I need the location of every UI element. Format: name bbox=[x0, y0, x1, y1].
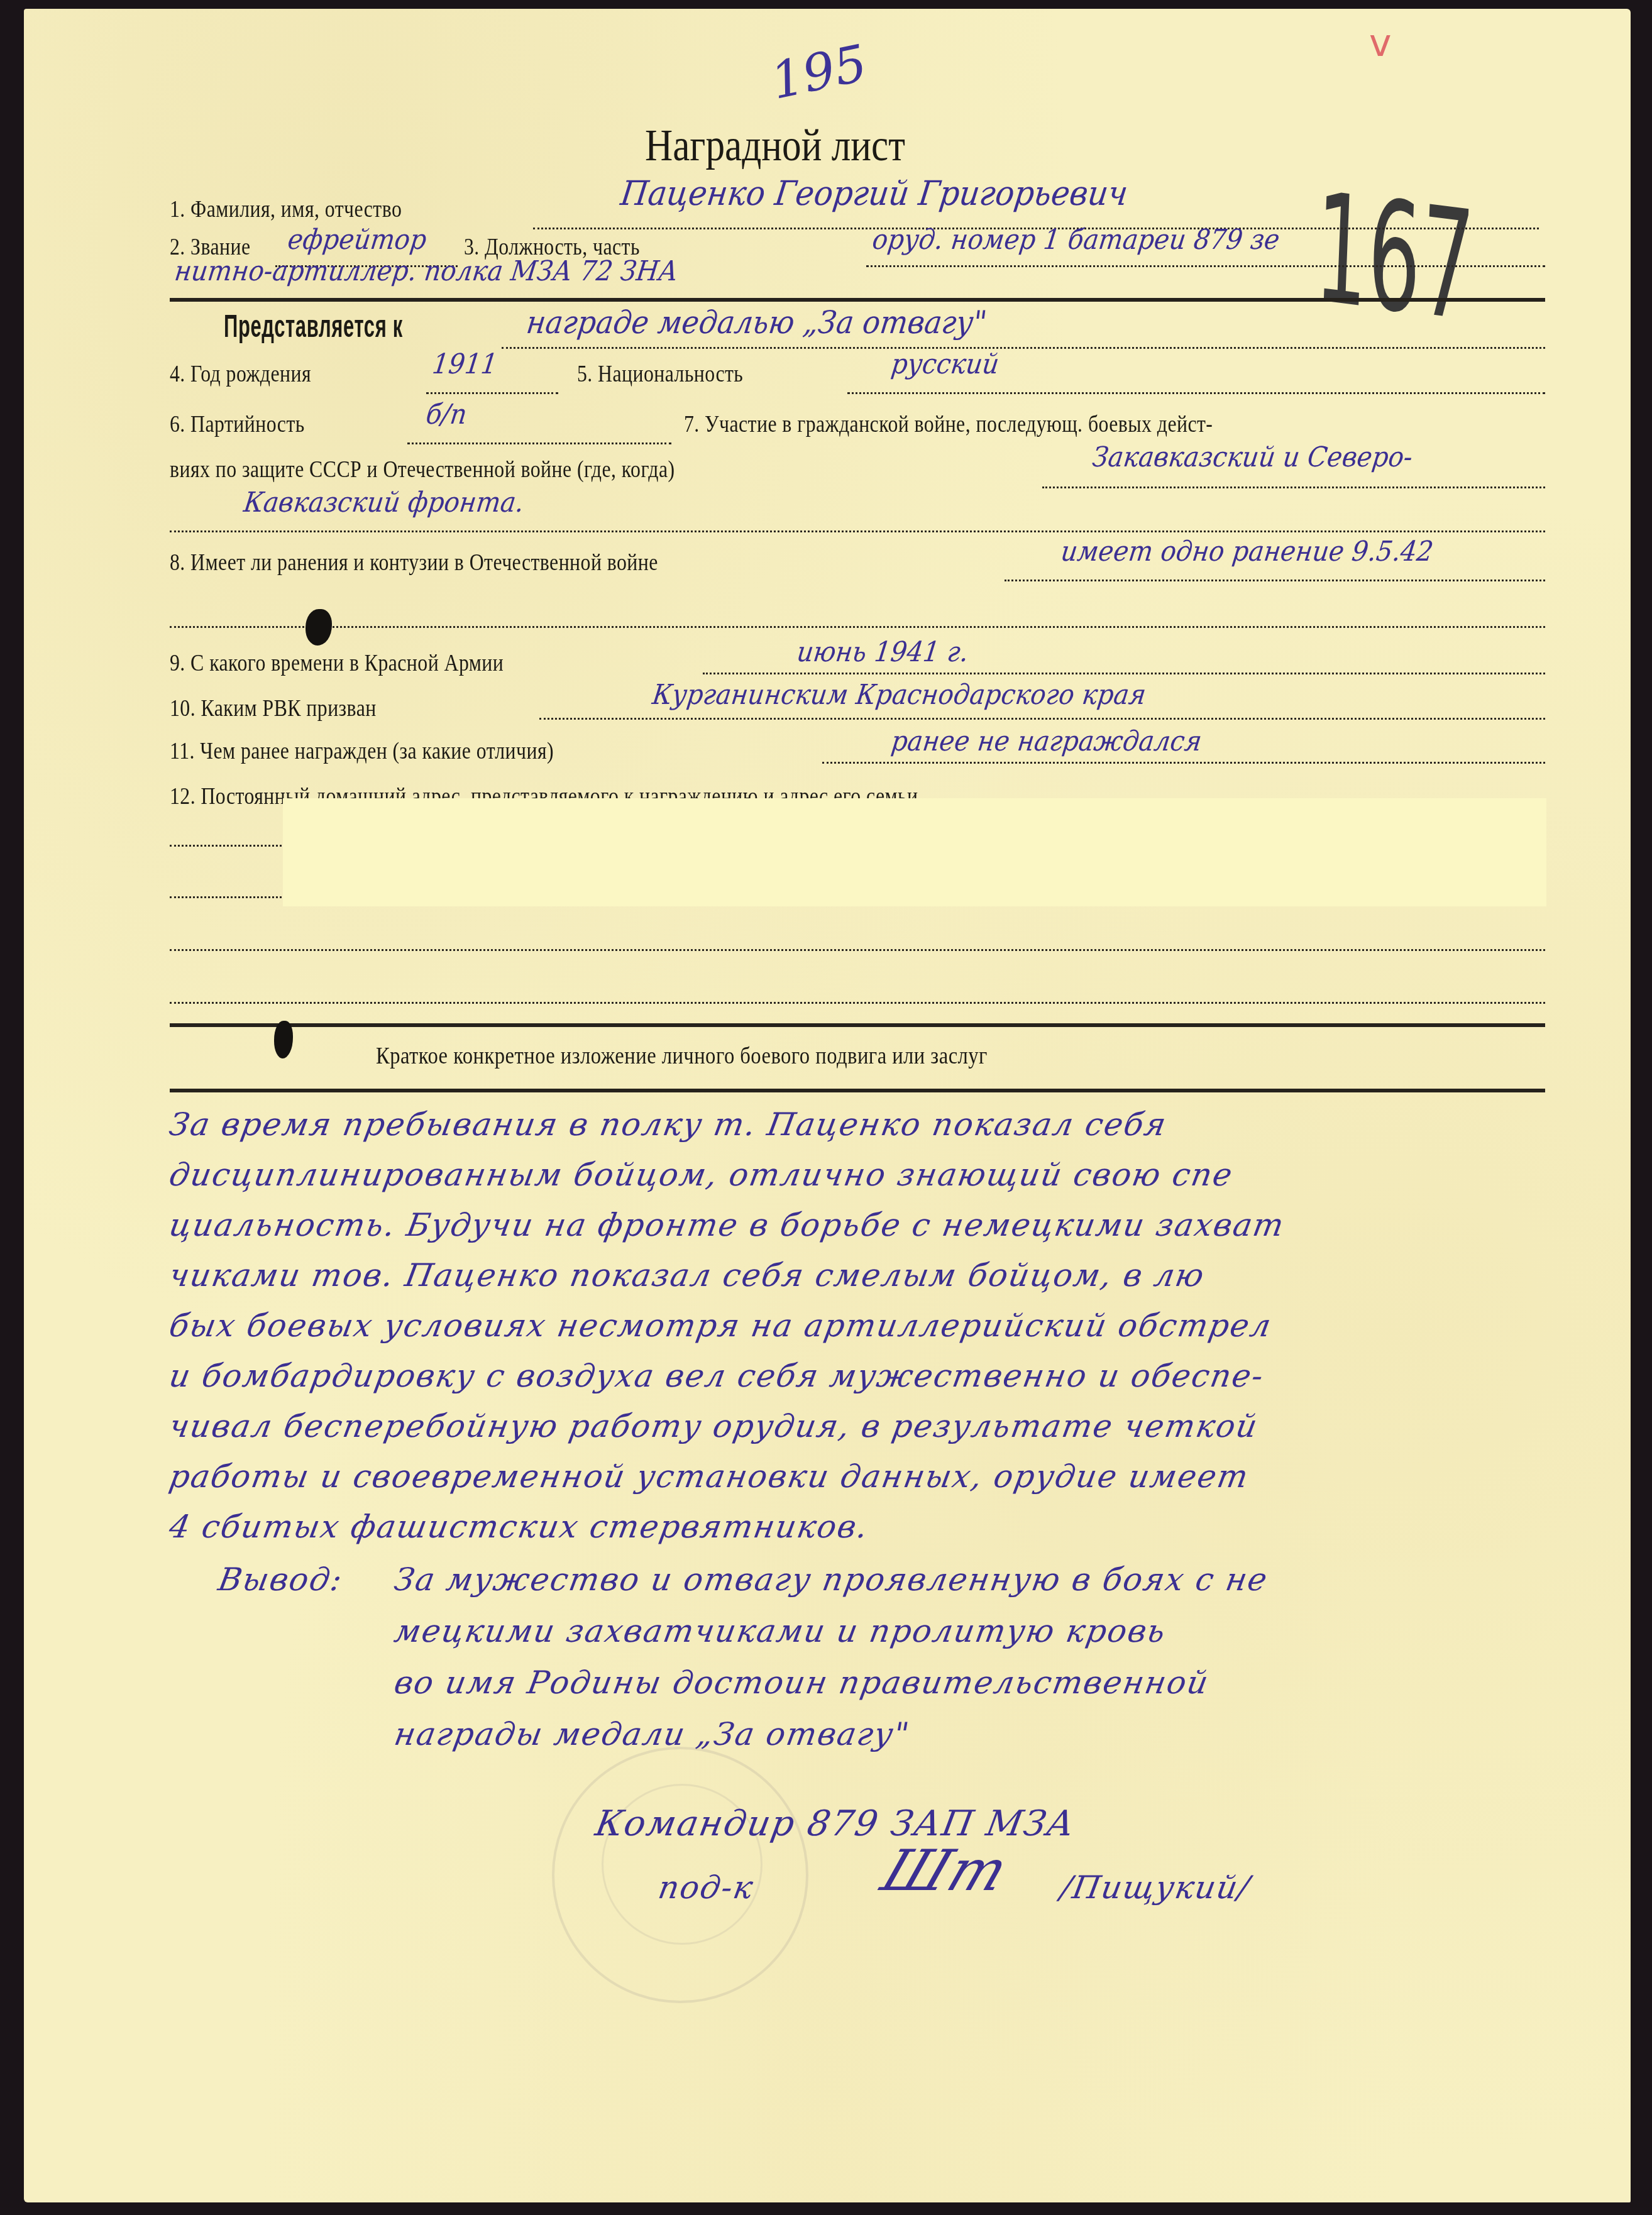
red-check-mark: v bbox=[1369, 21, 1392, 65]
section-divider-3 bbox=[170, 1089, 1545, 1092]
archive-number: 195 bbox=[766, 33, 872, 111]
narrative-line: чиками тов. Паценко показал себя смелым … bbox=[167, 1257, 1208, 1294]
field-10-value: Курганинским Краснодарского края bbox=[651, 679, 1148, 711]
field-3-value-continued: нитно-артиллер. полка МЗА 72 ЗНА bbox=[173, 255, 680, 287]
field-5-label: 5. Национальность bbox=[577, 361, 743, 388]
section-heading: Краткое конкретное изложение личного бое… bbox=[376, 1042, 988, 1070]
field-10-line bbox=[539, 718, 1545, 720]
narrative-line: За время пребывания в полку т. Паценко п… bbox=[167, 1106, 1170, 1143]
field-5-value: русский bbox=[889, 348, 1001, 380]
signature-scribble: Шт bbox=[873, 1838, 1018, 1904]
field-7-label: 7. Участие в гражданской войне, последую… bbox=[684, 411, 1213, 438]
award-sheet-paper: 195 v 167 Наградной лист 1. Фамилия, имя… bbox=[24, 9, 1631, 2202]
pencil-number: 167 bbox=[1312, 160, 1477, 355]
field-6-line bbox=[407, 442, 671, 444]
conclusion-label: Вывод: bbox=[216, 1561, 346, 1598]
field-2-value: ефрейтор bbox=[286, 224, 429, 256]
field-3-value: оруд. номер 1 батареи 879 зе bbox=[871, 224, 1282, 256]
field-7-value-continued: Кавказский фронта. bbox=[242, 486, 526, 519]
ink-blot-2 bbox=[274, 1021, 293, 1058]
field-6-label: 6. Партийность bbox=[170, 411, 305, 438]
field-4-label: 4. Год рождения bbox=[170, 361, 311, 388]
field-11-line bbox=[822, 762, 1545, 764]
narrative-line: 4 сбитых фашистских стервятников. bbox=[167, 1509, 872, 1545]
ink-blot bbox=[306, 609, 332, 646]
presented-label: Представляется к bbox=[224, 308, 403, 344]
conclusion-line: во имя Родины достоин правительственной bbox=[392, 1664, 1212, 1701]
section-divider-1 bbox=[170, 298, 1545, 302]
narrative-line: работы и своевременной установки данных,… bbox=[167, 1458, 1252, 1495]
conclusion-line: награды медали „За отвагу" bbox=[392, 1716, 913, 1752]
field-1-value: Паценко Георгий Григорьевич bbox=[619, 173, 1130, 213]
field-6-value: б/п bbox=[424, 398, 469, 431]
field-1-label: 1. Фамилия, имя, отчество bbox=[170, 196, 402, 223]
field-8-line bbox=[1005, 580, 1545, 581]
section-divider-2 bbox=[170, 1023, 1545, 1027]
presented-value: награде медалью „За отвагу" bbox=[524, 304, 989, 341]
narrative-line: дисциплинированным бойцом, отлично знающ… bbox=[167, 1157, 1236, 1193]
redacted-address-block bbox=[283, 798, 1546, 906]
page-title: Наградной лист bbox=[645, 119, 905, 172]
field-4-value: 1911 bbox=[431, 348, 500, 380]
narrative-line: чивал бесперебойную работу орудия, в рез… bbox=[167, 1408, 1261, 1444]
field-9-label: 9. С какого времени в Красной Армии bbox=[170, 650, 504, 677]
field-11-value: ранее не награждался bbox=[889, 725, 1204, 757]
field-7-label-continued: виях по защите СССР и Отечественной войн… bbox=[170, 456, 675, 483]
field-12-line-4 bbox=[170, 949, 1545, 951]
field-9-line bbox=[703, 673, 1545, 674]
field-9-value: июнь 1941 г. bbox=[795, 636, 971, 668]
field-4-line bbox=[426, 392, 558, 394]
narrative-line: циальность. Будучи на фронте в борьбе с … bbox=[167, 1207, 1287, 1243]
conclusion-line: За мужество и отвагу проявленную в боях … bbox=[392, 1561, 1271, 1598]
field-10-label: 10. Каким РВК призван bbox=[170, 695, 377, 722]
field-3-line bbox=[866, 265, 1545, 267]
signature-rank: под-к bbox=[656, 1869, 757, 1906]
field-5-line bbox=[847, 392, 1545, 394]
field-8-line-2 bbox=[170, 626, 1545, 628]
narrative-line: и бомбардировку с воздуха вел себя мужес… bbox=[167, 1358, 1267, 1394]
field-12-line-5 bbox=[170, 1002, 1545, 1004]
signature-name: /Пищукий/ bbox=[1058, 1869, 1253, 1906]
field-7-value: Закавказский и Северо- bbox=[1091, 441, 1414, 473]
field-7-line bbox=[1042, 486, 1545, 488]
field-8-label: 8. Имеет ли ранения и контузии в Отечест… bbox=[170, 549, 658, 576]
field-8-value: имеет одно ранение 9.5.42 bbox=[1059, 536, 1435, 568]
field-11-label: 11. Чем ранее награжден (за какие отличи… bbox=[170, 738, 554, 765]
presented-line bbox=[502, 347, 1545, 349]
narrative-line: бых боевых условиях несмотря на артиллер… bbox=[167, 1307, 1275, 1344]
field-7-line-2 bbox=[170, 530, 1545, 532]
conclusion-line: мецкими захватчиками и пролитую кровь bbox=[392, 1613, 1169, 1649]
